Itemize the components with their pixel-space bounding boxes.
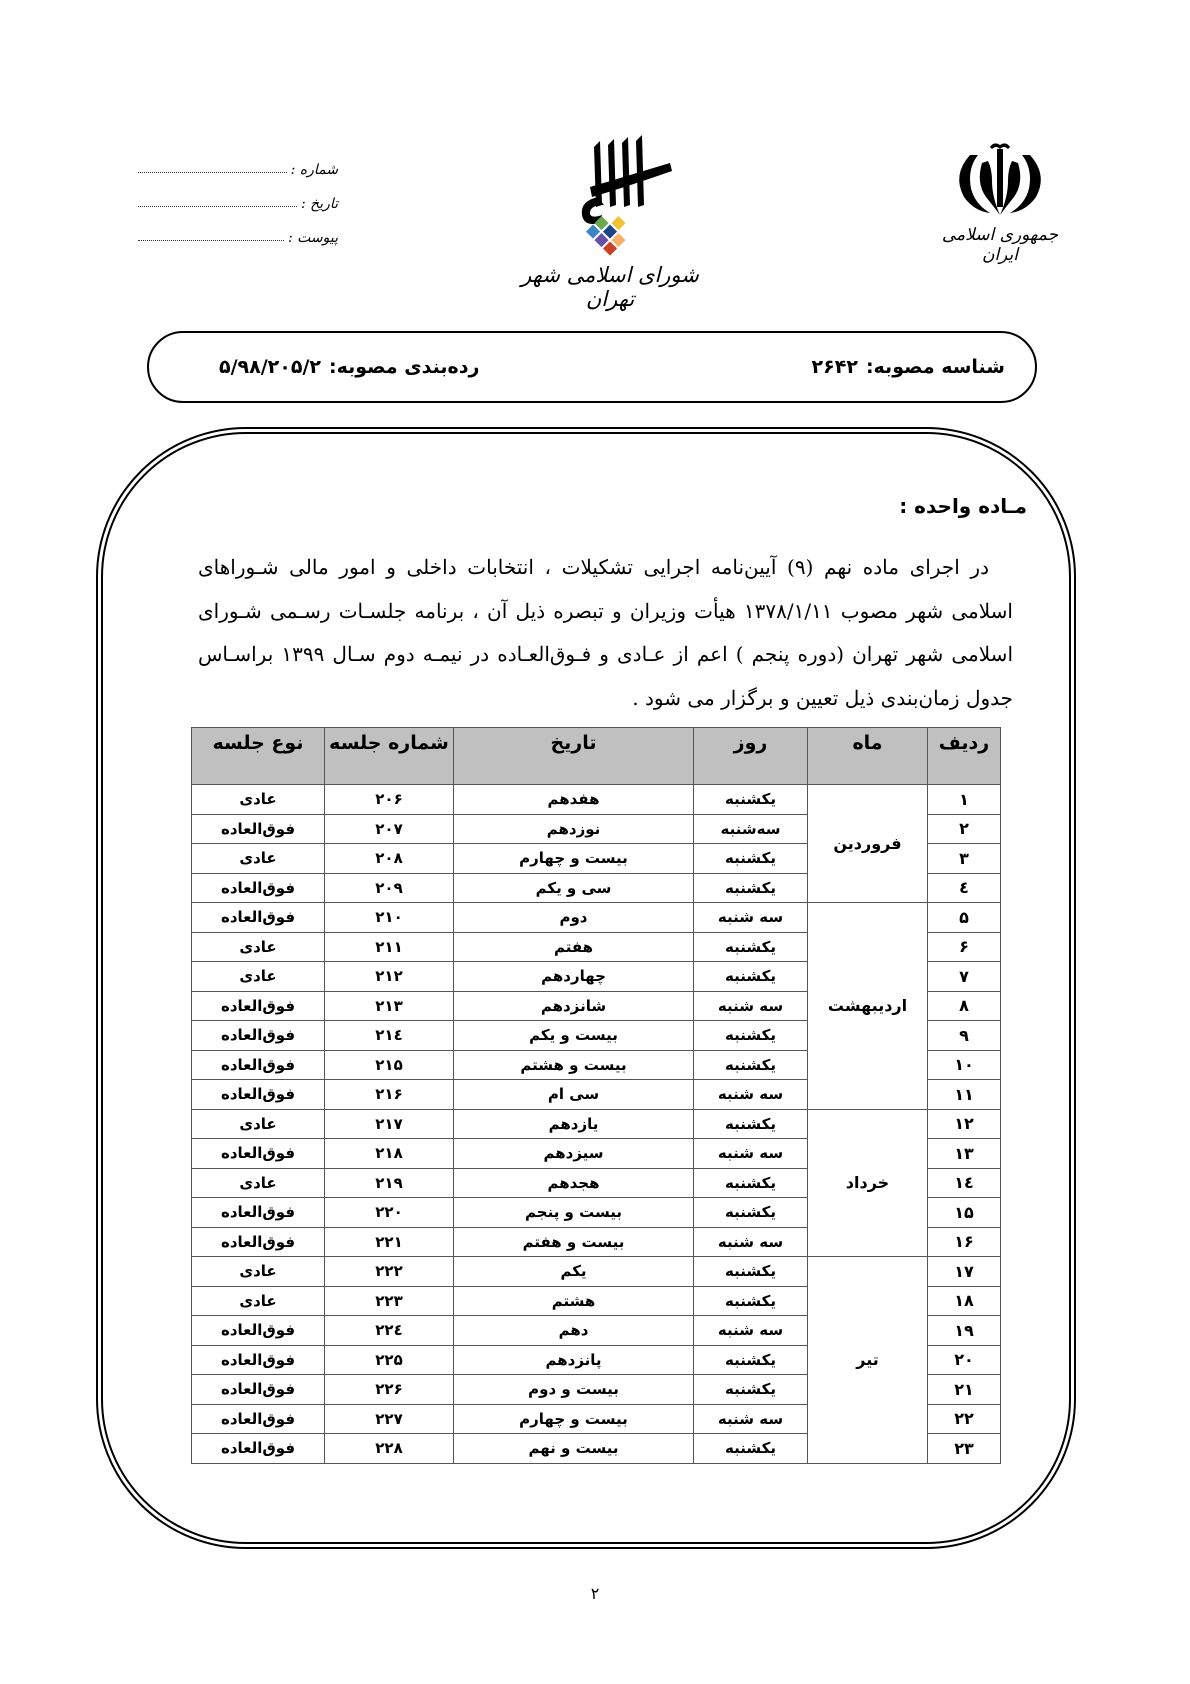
cell-date: سی و یکم (454, 873, 694, 903)
cell-row-number: ۱۷ (928, 1257, 1001, 1287)
cell-session-number: ۲۲۵ (325, 1345, 454, 1375)
cell-session-type: فوق‌العاده (192, 1050, 325, 1080)
cell-row-number: ۶ (928, 932, 1001, 962)
cell-date: دوم (454, 903, 694, 933)
cell-date: پانزدهم (454, 1345, 694, 1375)
resolution-id: شناسه مصوبه: ۲۶۴۲ (812, 356, 1005, 378)
number-label: شماره : (287, 162, 338, 178)
resolution-classification-value: ۵/۹۸/۲۰۵/۲ (219, 356, 321, 378)
cell-row-number: ۲۰ (928, 1345, 1001, 1375)
cell-session-number: ۲۱۸ (325, 1139, 454, 1169)
cell-date: یازدهم (454, 1109, 694, 1139)
number-dotted-line (138, 172, 287, 173)
resolution-id-label: شناسه مصوبه: (866, 356, 1005, 378)
cell-date: بیست و دوم (454, 1375, 694, 1405)
cell-day: سه شنبه (694, 1404, 808, 1434)
cell-day: سه شنبه (694, 1139, 808, 1169)
cell-session-number: ۲۰۸ (325, 844, 454, 874)
resolution-id-value: ۲۶۴۲ (812, 356, 858, 378)
council-calligraphy-icon (520, 135, 700, 260)
cell-session-number: ۲۱٤ (325, 1021, 454, 1051)
cell-day: سه شنبه (694, 1316, 808, 1346)
cell-session-type: فوق‌العاده (192, 1404, 325, 1434)
header-session-type: نوع جلسه (192, 728, 325, 785)
cell-session-type: عادی (192, 1168, 325, 1198)
cell-date: چهاردهم (454, 962, 694, 992)
header-day: روز (694, 728, 808, 785)
cell-date: هفتم (454, 932, 694, 962)
cell-day: یکشنبه (694, 785, 808, 815)
header-date: تاریخ (454, 728, 694, 785)
cell-row-number: ۱٤ (928, 1168, 1001, 1198)
cell-session-type: عادی (192, 1286, 325, 1316)
attachment-label: پیوست : (284, 230, 338, 246)
cell-day: یکشنبه (694, 1286, 808, 1316)
cell-day: سه شنبه (694, 1080, 808, 1110)
cell-date: بیست و هشتم (454, 1050, 694, 1080)
council-name: شورای اسلامی شهر تهران (520, 263, 700, 311)
cell-session-type: فوق‌العاده (192, 1139, 325, 1169)
page-number: ۲ (0, 1584, 1190, 1603)
iran-emblem: جمهوری اسلامی ایران (930, 135, 1070, 260)
cell-session-number: ۲۲٤ (325, 1316, 454, 1346)
table-row: ۱۲خردادیکشنبهیازدهم۲۱۷عادی (192, 1109, 1001, 1139)
cell-session-type: فوق‌العاده (192, 991, 325, 1021)
cell-session-type: فوق‌العاده (192, 1345, 325, 1375)
cell-session-number: ۲۰۶ (325, 785, 454, 815)
cell-day: یکشنبه (694, 1050, 808, 1080)
cell-session-number: ۲۱۹ (325, 1168, 454, 1198)
cell-session-number: ۲۱۶ (325, 1080, 454, 1110)
cell-day: سه شنبه (694, 903, 808, 933)
section-body: در اجرای ماده نهم (۹) آیین‌نامه اجرایی ت… (198, 546, 1013, 720)
cell-row-number: ۱۶ (928, 1227, 1001, 1257)
date-dotted-line (138, 206, 297, 207)
cell-session-type: فوق‌العاده (192, 814, 325, 844)
cell-session-number: ۲۱۱ (325, 932, 454, 962)
table-header-row: ردیف ماه روز تاریخ شماره جلسه نوع جلسه (192, 728, 1001, 785)
cell-row-number: ۲ (928, 814, 1001, 844)
cell-session-type: فوق‌العاده (192, 1375, 325, 1405)
cell-date: بیست و چهارم (454, 844, 694, 874)
cell-day: یکشنبه (694, 1021, 808, 1051)
cell-session-number: ۲۱۳ (325, 991, 454, 1021)
cell-date: هفدهم (454, 785, 694, 815)
cell-day: یکشنبه (694, 962, 808, 992)
date-field: تاریخ : (138, 190, 338, 212)
cell-month: تیر (808, 1257, 928, 1464)
emblem-icon (930, 135, 1070, 220)
cell-row-number: ۱۲ (928, 1109, 1001, 1139)
table-row: ۱۷تیریکشنبهیکم۲۲۲عادی (192, 1257, 1001, 1287)
cell-day: یکشنبه (694, 1168, 808, 1198)
cell-date: بیست و چهارم (454, 1404, 694, 1434)
cell-session-number: ۲۱۵ (325, 1050, 454, 1080)
cell-day: یکشنبه (694, 1109, 808, 1139)
resolution-id-box: شناسه مصوبه: ۲۶۴۲ رده‌بندی مصوبه: ۵/۹۸/۲… (147, 331, 1037, 403)
cell-day: یکشنبه (694, 1345, 808, 1375)
table-row: ۵اردیبهشتسه شنبهدوم۲۱۰فوق‌العاده (192, 903, 1001, 933)
cell-row-number: ۵ (928, 903, 1001, 933)
cell-day: یکشنبه (694, 1198, 808, 1228)
session-schedule-table: ردیف ماه روز تاریخ شماره جلسه نوع جلسه ۱… (191, 727, 1001, 1464)
cell-date: سی ام (454, 1080, 694, 1110)
cell-date: هشتم (454, 1286, 694, 1316)
tehran-city-council-logo: شورای اسلامی شهر تهران (520, 135, 700, 300)
islamic-republic-of-iran-text: جمهوری اسلامی ایران (930, 225, 1070, 265)
cell-session-type: عادی (192, 1109, 325, 1139)
cell-row-number: ۱۱ (928, 1080, 1001, 1110)
cell-session-type: عادی (192, 932, 325, 962)
cell-session-number: ۲۲۶ (325, 1375, 454, 1405)
cell-date: نوزدهم (454, 814, 694, 844)
header-month: ماه (808, 728, 928, 785)
resolution-classification: رده‌بندی مصوبه: ۵/۹۸/۲۰۵/۲ (219, 356, 479, 378)
cell-session-number: ۲۰۹ (325, 873, 454, 903)
cell-session-type: فوق‌العاده (192, 1198, 325, 1228)
cell-day: یکشنبه (694, 1257, 808, 1287)
cell-session-type: عادی (192, 1257, 325, 1287)
cell-date: سیزدهم (454, 1139, 694, 1169)
cell-date: دهم (454, 1316, 694, 1346)
section-title: مـاده واحده : (899, 494, 1027, 518)
cell-date: بیست و هفتم (454, 1227, 694, 1257)
cell-month: فروردین (808, 785, 928, 903)
cell-day: سه شنبه (694, 1227, 808, 1257)
cell-row-number: ۷ (928, 962, 1001, 992)
cell-session-number: ۲۱۰ (325, 903, 454, 933)
cell-session-type: عادی (192, 785, 325, 815)
cell-session-number: ۲۲۷ (325, 1404, 454, 1434)
cell-day: یکشنبه (694, 1375, 808, 1405)
header-row-number: ردیف (928, 728, 1001, 785)
section-body-text: در اجرای ماده نهم (۹) آیین‌نامه اجرایی ت… (198, 555, 1013, 710)
cell-row-number: ۹ (928, 1021, 1001, 1051)
cell-day: یکشنبه (694, 1434, 808, 1464)
cell-date: بیست و نهم (454, 1434, 694, 1464)
attachment-field: پیوست : (138, 224, 338, 246)
cell-day: یکشنبه (694, 844, 808, 874)
cell-row-number: ۱۵ (928, 1198, 1001, 1228)
cell-date: بیست و یکم (454, 1021, 694, 1051)
cell-date: بیست و پنجم (454, 1198, 694, 1228)
cell-session-number: ۲۱۲ (325, 962, 454, 992)
cell-row-number: ۲۱ (928, 1375, 1001, 1405)
cell-session-type: فوق‌العاده (192, 873, 325, 903)
cell-day: یکشنبه (694, 932, 808, 962)
cell-date: یکم (454, 1257, 694, 1287)
cell-session-type: عادی (192, 962, 325, 992)
cell-row-number: ۲۳ (928, 1434, 1001, 1464)
cell-row-number: ۳ (928, 844, 1001, 874)
cell-row-number: ۱۳ (928, 1139, 1001, 1169)
cell-session-number: ۲۲۰ (325, 1198, 454, 1228)
cell-row-number: ٤ (928, 873, 1001, 903)
cell-session-type: فوق‌العاده (192, 1316, 325, 1346)
cell-row-number: ۱ (928, 785, 1001, 815)
cell-row-number: ۸ (928, 991, 1001, 1021)
number-field: شماره : (138, 156, 338, 178)
cell-row-number: ۱۰ (928, 1050, 1001, 1080)
cell-session-type: فوق‌العاده (192, 1080, 325, 1110)
cell-row-number: ۲۲ (928, 1404, 1001, 1434)
resolution-classification-label: رده‌بندی مصوبه: (329, 356, 479, 378)
header-session-number: شماره جلسه (325, 728, 454, 785)
cell-session-type: فوق‌العاده (192, 903, 325, 933)
cell-date: هجدهم (454, 1168, 694, 1198)
cell-row-number: ۱۸ (928, 1286, 1001, 1316)
cell-day: سه شنبه (694, 991, 808, 1021)
cell-session-number: ۲۰۷ (325, 814, 454, 844)
cell-session-number: ۲۲۱ (325, 1227, 454, 1257)
cell-session-number: ۲۲۸ (325, 1434, 454, 1464)
cell-day: سه‌شنبه (694, 814, 808, 844)
cell-session-type: فوق‌العاده (192, 1434, 325, 1464)
cell-session-type: فوق‌العاده (192, 1227, 325, 1257)
cell-day: یکشنبه (694, 873, 808, 903)
cell-row-number: ۱۹ (928, 1316, 1001, 1346)
cell-session-number: ۲۲۲ (325, 1257, 454, 1287)
cell-date: شانزدهم (454, 991, 694, 1021)
cell-session-number: ۲۱۷ (325, 1109, 454, 1139)
cell-session-type: فوق‌العاده (192, 1021, 325, 1051)
table-row: ۱فروردینیکشنبههفدهم۲۰۶عادی (192, 785, 1001, 815)
cell-month: خرداد (808, 1109, 928, 1257)
date-label: تاریخ : (297, 196, 338, 212)
cell-session-number: ۲۲۳ (325, 1286, 454, 1316)
cell-session-type: عادی (192, 844, 325, 874)
attachment-dotted-line (138, 240, 284, 241)
cell-month: اردیبهشت (808, 903, 928, 1110)
